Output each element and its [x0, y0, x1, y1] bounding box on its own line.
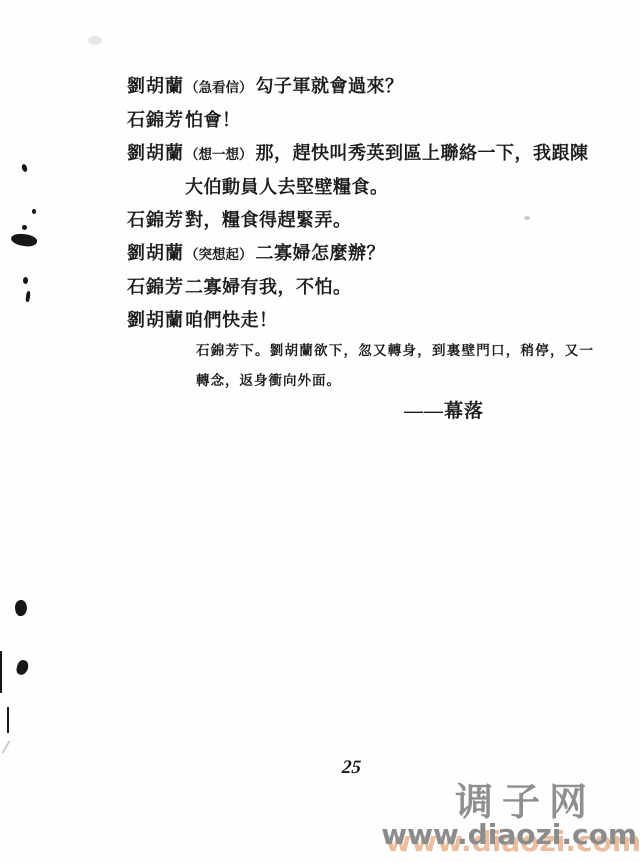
ink-mark [15, 659, 29, 676]
dialogue-line: 咱們快走！ [185, 304, 599, 337]
dialogue-text: 勾子軍就會過來？ [256, 76, 404, 96]
speaker-name: 劉胡蘭 [127, 304, 185, 337]
dialogue-line: 怕會！ [185, 104, 599, 137]
stage-cue: （突想起） [185, 247, 253, 262]
dialogue-text: 怕會！ [185, 110, 241, 130]
dialogue-text: 二寡婦有我，不怕。 [185, 277, 352, 297]
dialogue-row: 石錦芳 二寡婦有我，不怕。 [127, 271, 599, 304]
dialogue-line: 二寡婦有我，不怕。 [185, 271, 599, 304]
stage-direction: 石錦芳下。劉胡蘭欲下，忽又轉身，到裏壁門口，稍停，又一轉念，返身衝向外面。 [196, 336, 594, 396]
speaker-name: 石錦芳 [127, 104, 185, 137]
stage-cue: （想一想） [185, 147, 253, 162]
ink-mark [22, 225, 27, 230]
dialogue-line: 對，糧食得趕緊弄。 [185, 204, 599, 237]
dialogue-row: 石錦芳 對，糧食得趕緊弄。 [127, 204, 599, 237]
speaker-name: 劉胡蘭 [127, 137, 185, 170]
stage-cue: （急看信） [185, 80, 253, 95]
ink-mark [32, 209, 36, 214]
ink-mark [524, 216, 530, 220]
dialogue-line: （突想起）二寡婦怎麼辦？ [185, 237, 599, 271]
dialogue-row: 劉胡蘭 咱們快走！ [127, 304, 599, 337]
page-number: 25 [341, 757, 362, 779]
scanned-script-page: 劉胡蘭 （急看信）勾子軍就會過來？ 石錦芳 怕會！ 劉胡蘭 （想一想）那，趕快叫… [0, 0, 640, 863]
ink-mark [14, 599, 29, 617]
dialogue-line: （想一想）那，趕快叫秀英到區上聯絡一下，我跟陳大伯動員人去堅壁糧食。 [185, 137, 599, 204]
speaker-name: 石錦芳 [127, 271, 185, 304]
curtain-line: ——幕落 [404, 396, 484, 423]
dialogue-block: 劉胡蘭 （急看信）勾子軍就會過來？ 石錦芳 怕會！ 劉胡蘭 （想一想）那，趕快叫… [127, 70, 599, 337]
ink-mark [7, 707, 9, 733]
ink-mark [23, 277, 28, 284]
ink-mark [88, 36, 102, 45]
dialogue-row: 石錦芳 怕會！ [127, 104, 599, 137]
speaker-name: 劉胡蘭 [127, 70, 185, 103]
speaker-name: 石錦芳 [127, 204, 185, 237]
dialogue-row: 劉胡蘭 （突想起）二寡婦怎麼辦？ [127, 237, 599, 271]
ink-mark [0, 651, 2, 693]
dialogue-row: 劉胡蘭 （想一想）那，趕快叫秀英到區上聯絡一下，我跟陳大伯動員人去堅壁糧食。 [127, 137, 599, 204]
ink-mark [10, 231, 38, 248]
ink-mark [21, 163, 28, 172]
watermark-url: www.diaozi.com www.diaozi.com [381, 818, 637, 862]
ink-mark [25, 291, 30, 302]
dialogue-row: 劉胡蘭 （急看信）勾子軍就會過來？ [127, 70, 599, 104]
watermark-url-text: www.diaozi.com [381, 818, 637, 851]
dialogue-text: 對，糧食得趕緊弄。 [185, 210, 352, 230]
dialogue-text: 二寡婦怎麼辦？ [256, 243, 386, 263]
dialogue-line: （急看信）勾子軍就會過來？ [185, 70, 599, 104]
speaker-name: 劉胡蘭 [127, 237, 185, 270]
ink-mark [2, 740, 11, 753]
dialogue-text: 咱們快走！ [185, 310, 278, 330]
